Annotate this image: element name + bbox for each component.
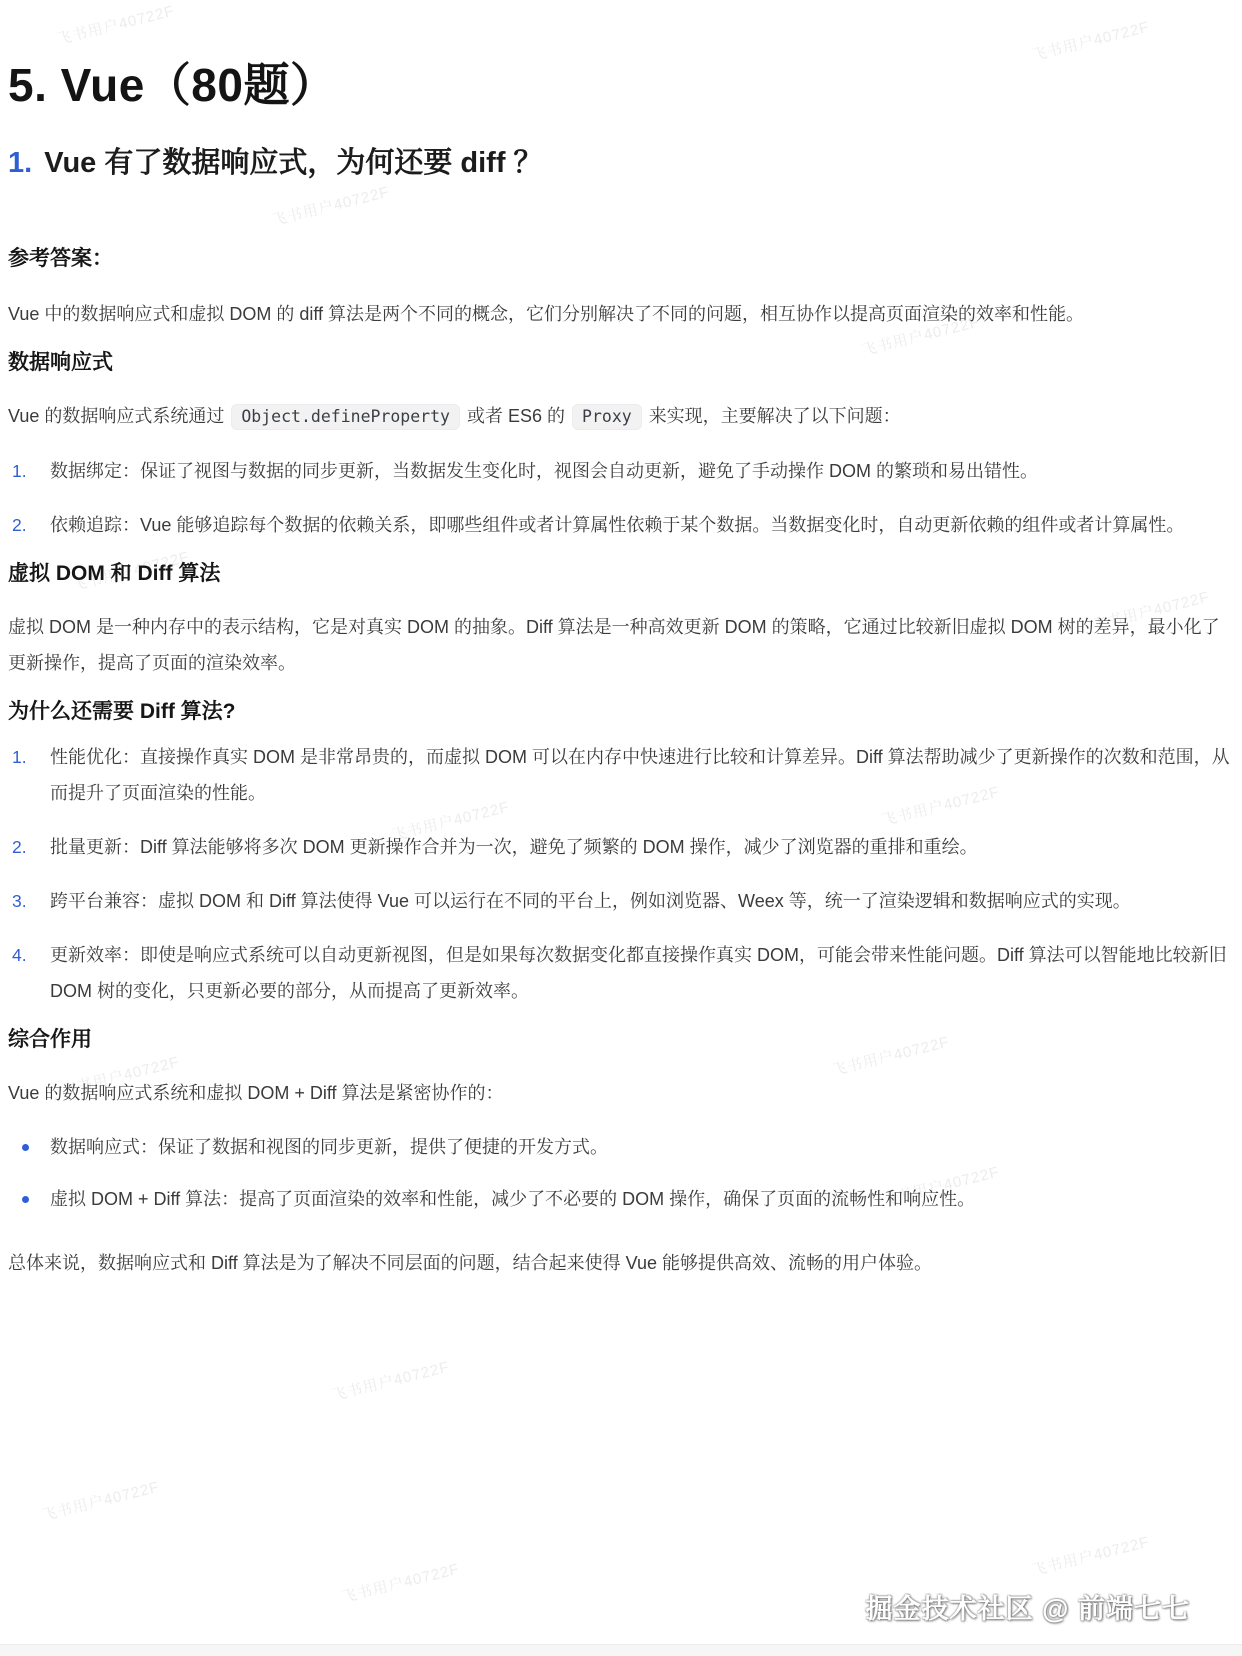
list-item-text: 数据响应式：保证了数据和视图的同步更新，提供了便捷的开发方式。	[50, 1137, 608, 1157]
list-item-text: 虚拟 DOM + Diff 算法：提高了页面渲染的效率和性能，减少了不必要的 D…	[50, 1189, 975, 1209]
list-number: 2.	[12, 507, 27, 543]
section-heading-why-diff: 为什么还需要 Diff 算法?	[8, 699, 1234, 725]
watermark-text: 飞书用户40722F	[1029, 1531, 1151, 1581]
list-item: 虚拟 DOM + Diff 算法：提高了页面渲染的效率和性能，减少了不必要的 D…	[8, 1181, 1234, 1217]
answer-label: 参考答案：	[8, 246, 1234, 272]
inline-code-defineproperty: Object.defineProperty	[231, 404, 460, 430]
list-item-text: 数据绑定：保证了视图与数据的同步更新，当数据发生变化时，视图会自动更新，避免了手…	[50, 461, 1038, 481]
list-number: 3.	[12, 883, 27, 919]
list-item: 1. 数据绑定：保证了视图与数据的同步更新，当数据发生变化时，视图会自动更新，避…	[8, 453, 1234, 489]
list-item-text: 跨平台兼容：虚拟 DOM 和 Diff 算法使得 Vue 可以运行在不同的平台上…	[50, 891, 1131, 911]
list-item: 1. 性能优化：直接操作真实 DOM 是非常昂贵的，而虚拟 DOM 可以在内存中…	[8, 739, 1234, 811]
vdom-paragraph: 虚拟 DOM 是一种内存中的表示结构，它是对真实 DOM 的抽象。Diff 算法…	[8, 609, 1234, 681]
inline-code-proxy: Proxy	[572, 404, 642, 430]
lead-text-1: Vue 的数据响应式系统通过	[8, 406, 224, 426]
intro-paragraph: Vue 中的数据响应式和虚拟 DOM 的 diff 算法是两个不同的概念，它们分…	[8, 296, 1234, 332]
doc-title: 5. Vue（80题）	[8, 56, 1234, 114]
footer-credit: 掘金技术社区 @ 前端七七	[866, 1587, 1190, 1626]
question-heading: 1.Vue 有了数据响应式，为何还要 diff ？	[8, 144, 1234, 182]
list-item: 2. 依赖追踪：Vue 能够追踪每个数据的依赖关系，即哪些组件或者计算属性依赖于…	[8, 507, 1234, 543]
list-item-text: 更新效率：即使是响应式系统可以自动更新视图，但是如果每次数据变化都直接操作真实 …	[50, 945, 1227, 1001]
reactive-benefits-list: 1. 数据绑定：保证了视图与数据的同步更新，当数据发生变化时，视图会自动更新，避…	[8, 453, 1234, 543]
bullet-icon	[22, 1144, 29, 1151]
lead-text-3: 来实现，主要解决了以下问题：	[649, 406, 901, 426]
section-heading-reactive: 数据响应式	[8, 350, 1234, 376]
watermark-text: 飞书用户40722F	[339, 1558, 461, 1608]
list-item-text: 依赖追踪：Vue 能够追踪每个数据的依赖关系，即哪些组件或者计算属性依赖于某个数…	[50, 515, 1184, 535]
reactive-lead-paragraph: Vue 的数据响应式系统通过Object.defineProperty或者 ES…	[8, 398, 1234, 435]
summary-paragraph: 总体来说，数据响应式和 Diff 算法是为了解决不同层面的问题，结合起来使得 V…	[8, 1245, 1234, 1281]
combined-bullet-list: 数据响应式：保证了数据和视图的同步更新，提供了便捷的开发方式。 虚拟 DOM +…	[8, 1129, 1234, 1217]
list-number: 1.	[12, 453, 27, 489]
lead-text-2: 或者 ES6 的	[467, 406, 565, 426]
question-number: 1.	[8, 147, 32, 179]
list-item-text: 批量更新：Diff 算法能够将多次 DOM 更新操作合并为一次，避免了频繁的 D…	[50, 837, 978, 857]
list-number: 2.	[12, 829, 27, 865]
list-item: 3. 跨平台兼容：虚拟 DOM 和 Diff 算法使得 Vue 可以运行在不同的…	[8, 883, 1234, 919]
section-heading-combined: 综合作用	[8, 1027, 1234, 1053]
list-item-text: 性能优化：直接操作真实 DOM 是非常昂贵的，而虚拟 DOM 可以在内存中快速进…	[50, 747, 1230, 803]
list-number: 4.	[12, 937, 27, 973]
watermark-text: 飞书用户40722F	[39, 1476, 161, 1526]
document-body: 5. Vue（80题） 1.Vue 有了数据响应式，为何还要 diff ？ 参考…	[0, 0, 1242, 1281]
list-number: 1.	[12, 739, 27, 775]
combined-lead-paragraph: Vue 的数据响应式系统和虚拟 DOM + Diff 算法是紧密协作的：	[8, 1075, 1234, 1111]
list-item: 2. 批量更新：Diff 算法能够将多次 DOM 更新操作合并为一次，避免了频繁…	[8, 829, 1234, 865]
list-item: 数据响应式：保证了数据和视图的同步更新，提供了便捷的开发方式。	[8, 1129, 1234, 1165]
bullet-icon	[22, 1196, 29, 1203]
watermark-text: 飞书用户40722F	[329, 1356, 451, 1406]
why-diff-list: 1. 性能优化：直接操作真实 DOM 是非常昂贵的，而虚拟 DOM 可以在内存中…	[8, 739, 1234, 1009]
bottom-bar	[0, 1644, 1242, 1656]
list-item: 4. 更新效率：即使是响应式系统可以自动更新视图，但是如果每次数据变化都直接操作…	[8, 937, 1234, 1009]
section-heading-vdom: 虚拟 DOM 和 Diff 算法	[8, 561, 1234, 587]
question-text: Vue 有了数据响应式，为何还要 diff ？	[44, 147, 542, 179]
